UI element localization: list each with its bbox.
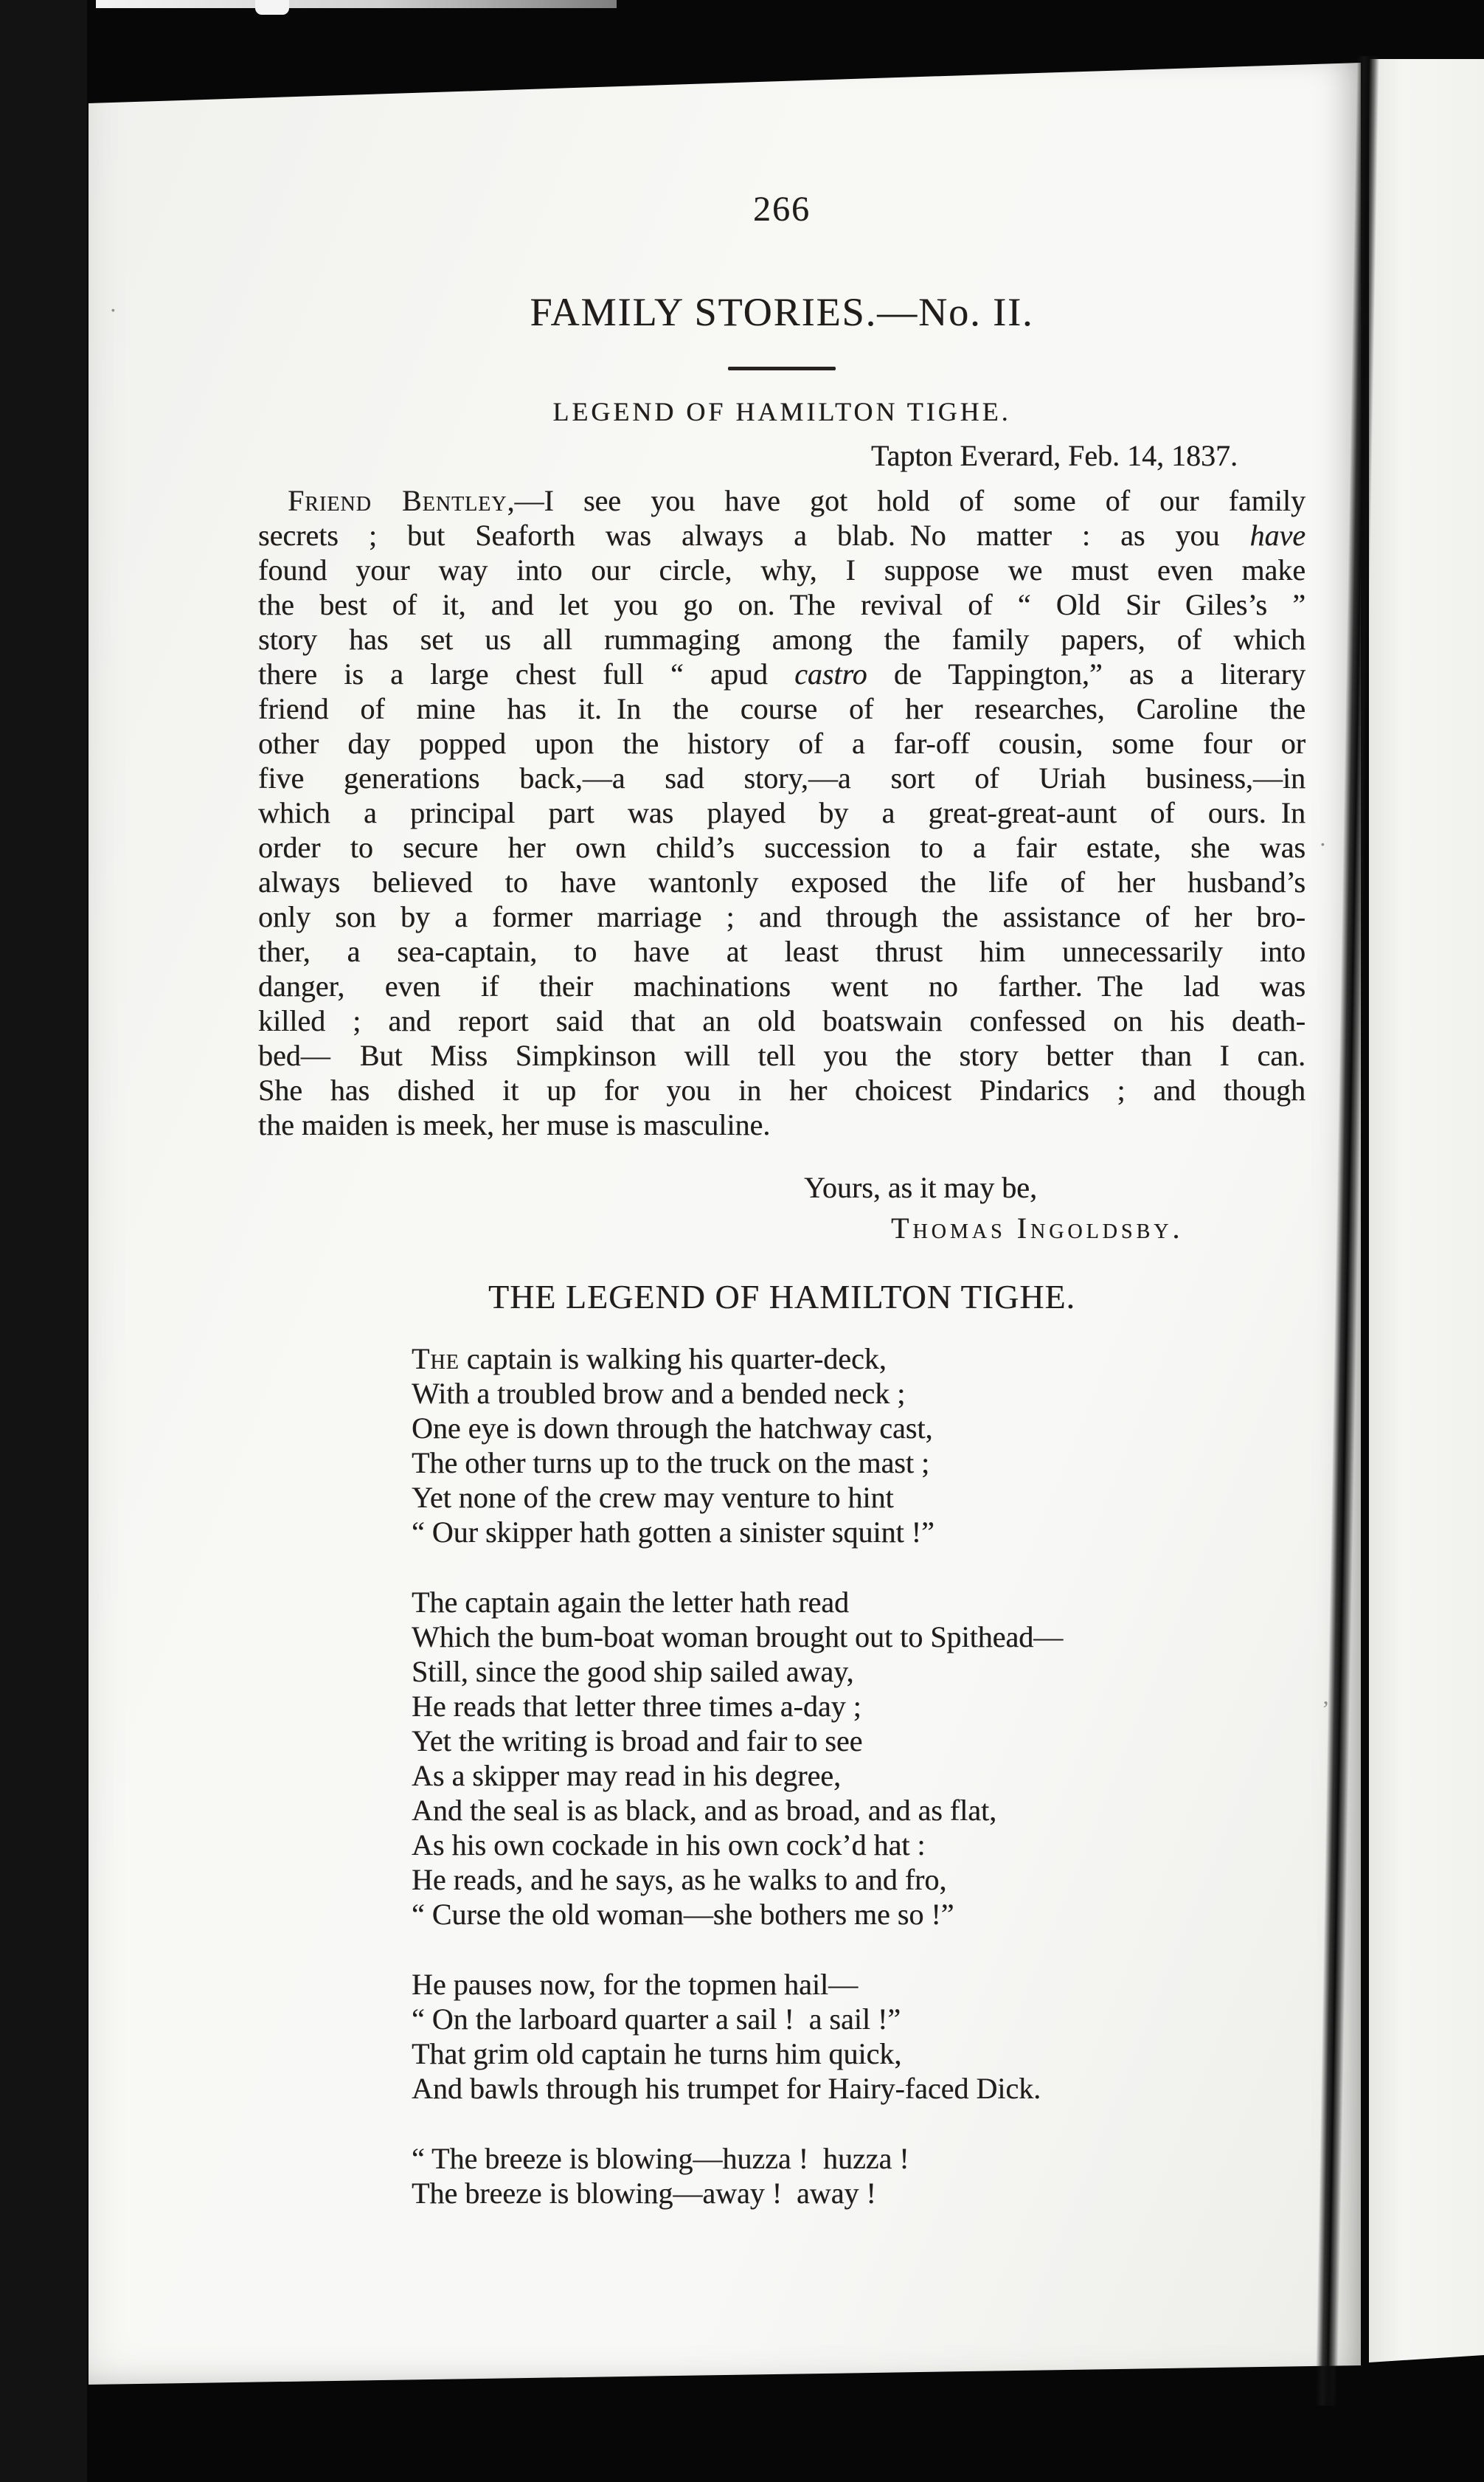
poem-stanza: The captain is walking his quarter-deck,… [412,1341,1306,1549]
text-segment: story has set us all rummaging among the… [258,623,1306,656]
poem-line: “ Curse the old woman—she bothers me so … [412,1897,1306,1932]
poem-line: As his own cockade in his own cock’d hat… [412,1828,1306,1862]
text-segment: One eye is down through the hatchway cas… [412,1411,932,1445]
text-segment: ,—I see you have got hold of some of our… [507,484,1306,517]
letter-line: She has dished it up for you in her choi… [258,1073,1306,1107]
letter-line: there is a large chest full “ apud castr… [258,657,1306,691]
text-segment: found your way into our circle, why, I s… [258,553,1306,587]
letter-line: order to secure her own child’s successi… [258,830,1306,865]
divider-rule [728,367,836,370]
text-segment: Which the bum-boat woman brought out to … [412,1620,1063,1653]
poem-stanza: “ The breeze is blowing—huzza ! huzza !T… [412,2141,1306,2210]
text-segment: de Tappington,” as a literary [867,657,1306,691]
text-segment: the maiden is meek, her muse is masculin… [258,1108,770,1141]
scan-artifact: · [1319,831,1327,858]
text-segment: the best of it, and let you go on. The r… [258,588,1306,621]
text-segment: “ Curse the old woman—she bothers me so … [412,1898,954,1931]
text-segment: bed— But Miss Simpkinson will tell you t… [258,1039,1306,1072]
letter-line: secrets ; but Seaforth was always a blab… [258,518,1306,553]
italic-text: castro [794,657,867,691]
text-segment: The other turns up to the truck on the m… [412,1446,929,1479]
smallcaps-text: The [412,1342,460,1375]
text-segment: “ On the larboard quarter a sail ! a sai… [412,2002,901,2036]
text-segment: friend of mine has it. In the course of … [258,692,1306,725]
poem-line: “ Our skipper hath gotten a sinister squ… [412,1515,1306,1549]
poem-line: He reads that letter three times a-day ; [412,1689,1306,1724]
text-segment: And bawls through his trumpet for Hairy-… [412,2072,1041,2105]
poem-line: “ The breeze is blowing—huzza ! huzza ! [412,2141,1306,2176]
letter-body: Friend Bentley,—I see you have got hold … [258,483,1306,1142]
poem-title: THE LEGEND OF HAMILTON TIGHE. [258,1279,1306,1316]
text-segment: He reads, and he says, as he walks to an… [412,1863,946,1896]
letter-line: five generations back,—a sad story,—a so… [258,761,1306,795]
scanned-book-photo: 266 FAMILY STORIES.—No. II. LEGEND OF HA… [0,0,1484,2482]
poem-line: The captain is walking his quarter-deck, [412,1341,1306,1376]
text-segment: other day popped upon the history of a f… [258,727,1306,760]
letter-line: found your way into our circle, why, I s… [258,553,1306,587]
text-segment: which a principal part was played by a g… [258,796,1306,829]
poem-line: The other turns up to the truck on the m… [412,1445,1306,1480]
text-segment: That grim old captain he turns him quick… [412,2037,901,2070]
poem-line: The captain again the letter hath read [412,1585,1306,1619]
text-segment: captain is walking his quarter-deck, [460,1342,887,1375]
italic-text: have [1249,519,1306,552]
text-segment: always believed to have wantonly exposed… [258,865,1306,899]
scan-artifact: ’ [1322,1695,1330,1723]
text-segment: The breeze is blowing—away ! away ! [412,2177,876,2210]
letter-line: Friend Bentley,—I see you have got hold … [258,483,1306,518]
poem-line: That grim old captain he turns him quick… [412,2036,1306,2071]
poem-line: With a troubled brow and a bended neck ; [412,1376,1306,1411]
text-segment: As a skipper may read in his degree, [412,1759,841,1792]
letter-dateline: Tapton Everard, Feb. 14, 1837. [258,438,1306,473]
text-segment: “ Our skipper hath gotten a sinister squ… [412,1515,935,1549]
poem-line: Still, since the good ship sailed away, [412,1654,1306,1689]
letter-line: story has set us all rummaging among the… [258,622,1306,657]
smallcaps-text: Friend Bentley [288,484,507,517]
text-segment: killed ; and report said that an old boa… [258,1004,1306,1037]
poem-body: The captain is walking his quarter-deck,… [258,1341,1306,2210]
text-segment: ther, a sea-captain, to have at least th… [258,935,1306,968]
text-segment: As his own cockade in his own cock’d hat… [412,1828,926,1861]
text-segment: With a troubled brow and a bended neck ; [412,1377,905,1410]
letter-line: ther, a sea-captain, to have at least th… [258,934,1306,969]
poem-line: Yet the writing is broad and fair to see [412,1724,1306,1758]
poem-line: One eye is down through the hatchway cas… [412,1411,1306,1445]
letter-line: other day popped upon the history of a f… [258,726,1306,761]
scan-background-left [0,0,87,2482]
poem-line: As a skipper may read in his degree, [412,1758,1306,1793]
poem-line: And bawls through his trumpet for Hairy-… [412,2071,1306,2106]
letter-line: only son by a former marriage ; and thro… [258,899,1306,934]
poem-stanza: The captain again the letter hath readWh… [412,1585,1306,1932]
letter-valediction: Yours, as it may be, [258,1170,1306,1205]
letter-line: the maiden is meek, her muse is masculin… [258,1107,1306,1142]
letter-line: always believed to have wantonly exposed… [258,865,1306,899]
adjacent-page-edge [1369,59,1484,2362]
page-content: 266 FAMILY STORIES.—No. II. LEGEND OF HA… [258,103,1306,2210]
text-segment: “ The breeze is blowing—huzza ! huzza ! [412,2142,909,2175]
poem-line: Yet none of the crew may venture to hint [412,1480,1306,1515]
letter-line: the best of it, and let you go on. The r… [258,587,1306,622]
text-segment: Yet the writing is broad and fair to see [412,1724,862,1757]
scan-edge-blob [255,0,289,15]
text-segment: The captain again the letter hath read [412,1586,849,1619]
letter-line: which a principal part was played by a g… [258,795,1306,830]
page-number: 266 [258,190,1306,229]
letter-line: bed— But Miss Simpkinson will tell you t… [258,1038,1306,1073]
text-segment: order to secure her own child’s successi… [258,831,1306,864]
text-segment: only son by a former marriage ; and thro… [258,900,1306,933]
text-segment: there is a large chest full “ apud [258,657,794,691]
letter-line: killed ; and report said that an old boa… [258,1003,1306,1038]
poem-line: He reads, and he says, as he walks to an… [412,1862,1306,1897]
text-segment: danger, even if their machinations went … [258,969,1306,1003]
text-segment: He pauses now, for the topmen hail— [412,1968,858,2001]
letter-line: friend of mine has it. In the course of … [258,691,1306,726]
poem-stanza: He pauses now, for the topmen hail—“ On … [412,1967,1306,2106]
poem-line: The breeze is blowing—away ! away ! [412,2176,1306,2210]
article-title: FAMILY STORIES.—No. II. [258,290,1306,334]
text-segment: Yet none of the crew may venture to hint [412,1481,894,1514]
scan-edge-highlight [96,0,617,8]
scan-artifact: · [109,297,117,324]
poem-line: He pauses now, for the topmen hail— [412,1967,1306,2002]
text-segment: secrets ; but Seaforth was always a blab… [258,519,1249,552]
letter-signature: Thomas Ingoldsby. [258,1211,1306,1245]
book-page: 266 FAMILY STORIES.—No. II. LEGEND OF HA… [89,63,1361,2385]
poem-line: And the seal is as black, and as broad, … [412,1793,1306,1828]
poem-line: Which the bum-boat woman brought out to … [412,1619,1306,1654]
text-segment: five generations back,—a sad story,—a so… [258,761,1306,795]
letter-line: danger, even if their machinations went … [258,969,1306,1003]
poem-line: “ On the larboard quarter a sail ! a sai… [412,2002,1306,2036]
section-subtitle: LEGEND OF HAMILTON TIGHE. [258,397,1306,426]
text-segment: He reads that letter three times a-day ; [412,1690,861,1723]
text-segment: She has dished it up for you in her choi… [258,1074,1306,1107]
text-segment: And the seal is as black, and as broad, … [412,1794,996,1827]
text-segment: Still, since the good ship sailed away, [412,1655,854,1688]
